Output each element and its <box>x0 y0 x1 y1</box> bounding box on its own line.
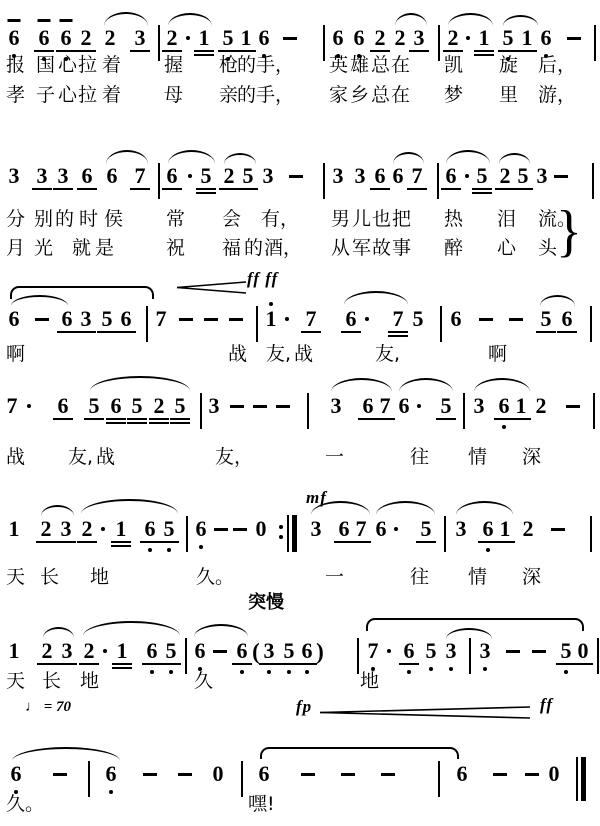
beam-underline <box>34 50 54 52</box>
slur-arc <box>90 376 190 391</box>
beam-underline <box>375 418 395 420</box>
slur-arc <box>41 505 74 516</box>
note-number: 6 <box>106 763 117 785</box>
beam-underline <box>399 663 419 665</box>
lyric-syllable: 着 <box>102 86 121 105</box>
note-number: 1 <box>9 518 20 540</box>
duration-dash <box>479 318 493 321</box>
beam-underline <box>162 188 182 190</box>
dynamic-mark-mf: mf <box>306 489 327 506</box>
barline <box>592 163 594 199</box>
barline <box>323 163 325 199</box>
lyric-syllable: 天 <box>6 568 25 587</box>
beam-underline <box>232 663 252 665</box>
duration-dash <box>493 773 507 776</box>
lyric-syllable: 战 <box>6 448 25 467</box>
augmentation-dot <box>27 404 31 408</box>
note-number: 5 <box>89 395 100 417</box>
lyric-syllable: 在 <box>391 86 410 105</box>
barline <box>590 516 592 552</box>
octave-dot-below <box>449 667 453 671</box>
lyric-syllable: 情 <box>468 448 487 467</box>
note-number: 0 <box>578 640 589 662</box>
final-barline-thick <box>581 757 586 801</box>
note-number: 7 <box>156 308 167 330</box>
duration-dash <box>214 528 228 531</box>
note-number: 7 <box>7 395 18 417</box>
lyric-syllable: 国 <box>36 56 55 75</box>
octave-dot-below <box>486 548 490 552</box>
note-number: 1 <box>9 640 20 662</box>
lyric-syllable: 游， <box>538 86 576 105</box>
beam-underline <box>495 541 515 543</box>
barline <box>241 761 243 797</box>
note-number: 6 <box>404 640 415 662</box>
duration-dash <box>289 175 303 178</box>
note-number: 6 <box>195 640 206 662</box>
note-number: 6 <box>333 27 344 49</box>
note-number: 5 <box>421 518 432 540</box>
lyric-syllable: 亲 <box>219 86 238 105</box>
note-number: 6 <box>111 395 122 417</box>
beam-underline <box>441 188 461 190</box>
lyric-syllable: 一 <box>325 448 344 467</box>
note-number: 3 <box>480 640 491 662</box>
lyric-syllable: 拉 <box>78 86 97 105</box>
slur-flat <box>260 747 459 759</box>
lyric-brace: } <box>556 203 582 260</box>
lyric-syllable: 故 <box>372 239 391 258</box>
lyric-syllable: 是 <box>95 239 114 258</box>
note-number: 2 <box>375 27 386 49</box>
beam-underline <box>161 663 181 665</box>
barline <box>444 516 446 552</box>
duration-dash <box>532 650 546 653</box>
note-number: 7 <box>412 165 423 187</box>
note-number: 5 <box>518 165 529 187</box>
beam-underline <box>474 50 494 52</box>
sheet-music-page: 666223215166622321516报国心拉着握枪的手，英雄总在凯旋后，孝… <box>0 0 600 826</box>
beam-underline <box>53 188 73 190</box>
lyric-syllable: 总 <box>371 56 390 75</box>
beam-underline <box>409 50 429 52</box>
note-number: 3 <box>414 27 425 49</box>
barline <box>594 25 596 61</box>
note-number: 6 <box>339 518 350 540</box>
repeat-dot <box>279 525 283 529</box>
note-number: 6 <box>499 395 510 417</box>
beam-underline <box>56 50 76 52</box>
beam-underline <box>53 418 73 420</box>
beam-underline <box>573 663 593 665</box>
octave-dot-below <box>429 667 433 671</box>
note-number: 6 <box>541 27 552 49</box>
note-number: 6 <box>11 763 22 785</box>
augmentation-dot <box>188 174 192 178</box>
note-number: 2 <box>105 27 116 49</box>
note-number: 5 <box>164 518 175 540</box>
note-number: 1 <box>522 27 533 49</box>
note-number: 2 <box>224 165 235 187</box>
crescendo-hairpin <box>177 281 246 294</box>
octave-dot-below <box>150 670 154 674</box>
octave-dot-below <box>148 548 152 552</box>
note-number: 6 <box>39 27 50 49</box>
note-number: 5 <box>477 165 488 187</box>
beam-underline <box>57 331 77 333</box>
lyric-syllable: 的 <box>244 239 263 258</box>
note-number: 6 <box>167 165 178 187</box>
note-number: 1 <box>516 395 527 417</box>
note-number: 1 <box>241 27 252 49</box>
lyric-syllable: 侯 <box>104 210 123 229</box>
note-number: 5 <box>166 640 177 662</box>
duration-dash <box>506 650 520 653</box>
parenthesis: ) <box>316 640 324 663</box>
lyric-syllable: 手， <box>256 86 294 105</box>
lyric-syllable: 友, <box>68 448 93 467</box>
note-number: 6 <box>399 395 410 417</box>
beam-underline <box>130 50 150 52</box>
duration-dash <box>253 405 267 408</box>
beam-underline <box>238 188 258 190</box>
augmentation-dot <box>466 36 470 40</box>
lyric-syllable: 醉 <box>444 239 463 258</box>
lyric-syllable: 友， <box>215 448 253 467</box>
dynamic-mark-fp: fp <box>296 698 312 715</box>
octave-dot-below <box>199 545 203 549</box>
beam-underline <box>170 418 190 420</box>
note-number: 5 <box>201 165 212 187</box>
slur-arc <box>83 621 180 636</box>
beam-underline <box>127 422 147 424</box>
note-number: 2 <box>448 27 459 49</box>
barline <box>438 25 440 61</box>
tempo-mark: ♩ = 70 <box>25 700 71 715</box>
lyric-syllable: 从 <box>331 239 350 258</box>
note-number: 3 <box>9 165 20 187</box>
lyric-syllable: 英 <box>329 56 348 75</box>
beam-underline <box>351 541 371 543</box>
beam-underline <box>84 418 104 420</box>
note-number: 6 <box>446 165 457 187</box>
augmentation-dot <box>417 404 421 408</box>
slur-arc <box>168 150 215 164</box>
note-number: 6 <box>58 395 69 417</box>
slur-arc <box>499 153 530 164</box>
beam-underline <box>162 50 182 52</box>
beam-underline <box>436 418 456 420</box>
lyric-syllable: 久。 <box>196 568 234 587</box>
beam-underline <box>511 418 531 420</box>
beam-underline <box>236 50 256 52</box>
lyric-syllable: 在 <box>391 56 410 75</box>
note-number: 3 <box>61 518 72 540</box>
barline <box>469 638 471 674</box>
lyric-syllable: 雄 <box>350 56 369 75</box>
note-number: 0 <box>256 518 267 540</box>
note-number: 5 <box>413 308 424 330</box>
beam-underline <box>97 331 117 333</box>
note-number: 3 <box>209 395 220 417</box>
slur-arc <box>331 378 392 392</box>
beam-underline <box>416 541 436 543</box>
duration-dash <box>204 318 218 321</box>
tempo-change-mark: 突慢 <box>248 594 284 612</box>
note-number: 1 <box>199 27 210 49</box>
lyric-syllable: 分 <box>6 210 25 229</box>
note-number: 6 <box>147 640 158 662</box>
slur-arc <box>12 747 120 761</box>
beam-underline <box>517 50 537 52</box>
note-number: 5 <box>243 165 254 187</box>
beam-underline <box>536 331 556 333</box>
slur-arc <box>344 291 408 305</box>
barline <box>438 761 440 797</box>
lyric-syllable: 的 <box>237 86 256 105</box>
barline <box>437 163 439 199</box>
note-number: 1 <box>479 27 490 49</box>
lyric-syllable: 凯 <box>444 56 463 75</box>
note-number: 1 <box>116 518 127 540</box>
lyric-syllable: 地 <box>90 568 109 587</box>
beam-underline <box>407 188 427 190</box>
note-number: 7 <box>393 308 404 330</box>
note-number: 6 <box>9 308 20 330</box>
note-number: 3 <box>446 640 457 662</box>
note-number: 3 <box>62 640 73 662</box>
beam-underline <box>388 335 408 337</box>
note-number: 5 <box>541 308 552 330</box>
note-number: 6 <box>9 27 20 49</box>
octave-dot-below <box>109 790 113 794</box>
note-number: 6 <box>483 518 494 540</box>
beam-underline <box>111 545 131 547</box>
lyric-syllable: 会 <box>222 210 241 229</box>
note-number: 1 <box>500 518 511 540</box>
beam-underline <box>341 331 361 333</box>
beam-underline <box>111 541 131 543</box>
beam-underline <box>370 188 390 190</box>
beam-underline <box>301 331 321 333</box>
overline-mark <box>38 19 51 22</box>
duration-dash <box>509 318 523 321</box>
note-number: 6 <box>451 308 462 330</box>
lyric-syllable: 别 <box>34 210 53 229</box>
note-number: 3 <box>355 165 366 187</box>
lyric-syllable: 儿 <box>352 210 371 229</box>
beam-underline <box>142 663 162 665</box>
note-number: 3 <box>135 27 146 49</box>
note-number: 3 <box>474 395 485 417</box>
beam-underline <box>297 663 317 665</box>
slur-arc <box>395 13 427 26</box>
lyric-syllable: 友, <box>375 345 400 364</box>
note-number: 2 <box>395 27 406 49</box>
note-number: 6 <box>237 640 248 662</box>
beam-underline <box>37 663 57 665</box>
lyric-syllable: 后， <box>538 56 576 75</box>
barline <box>323 25 325 61</box>
duration-dash <box>143 773 157 776</box>
note-number: 3 <box>58 165 69 187</box>
lyric-syllable: 也 <box>372 210 391 229</box>
beam-underline <box>159 541 179 543</box>
barline <box>88 761 90 797</box>
lyric-syllable: 事 <box>392 239 411 258</box>
lyric-syllable: 祝 <box>166 239 185 258</box>
octave-dot-below <box>305 670 309 674</box>
note-number: 5 <box>426 640 437 662</box>
note-number: 3 <box>81 308 92 330</box>
note-number: 2 <box>82 518 93 540</box>
lyric-syllable: 啊 <box>6 345 25 364</box>
note-number: 6 <box>562 308 573 330</box>
beam-underline <box>388 331 408 333</box>
note-number: 3 <box>333 165 344 187</box>
lyric-syllable: 总 <box>371 86 390 105</box>
duration-dash <box>567 37 581 40</box>
octave-dot-below <box>483 667 487 671</box>
slur-arc <box>168 13 212 26</box>
lyric-syllable: 头 <box>538 239 557 258</box>
duration-dash <box>525 773 539 776</box>
slur-arc <box>446 150 490 164</box>
beam-underline <box>513 188 533 190</box>
lyric-syllable: 握 <box>164 56 183 75</box>
lyric-syllable: 酒， <box>264 239 302 258</box>
note-number: 6 <box>107 165 118 187</box>
note-number: 6 <box>121 308 132 330</box>
duration-dash <box>566 405 580 408</box>
beam-underline <box>498 50 518 52</box>
lyric-syllable: 一 <box>325 568 344 587</box>
duration-dash <box>35 318 49 321</box>
note-number: 2 <box>536 395 547 417</box>
lyric-syllable: 里 <box>499 86 518 105</box>
note-number: 6 <box>302 640 313 662</box>
lyric-syllable: 报 <box>6 56 25 75</box>
beam-underline <box>196 188 216 190</box>
note-number: 5 <box>102 308 113 330</box>
note-number: 3 <box>331 395 342 417</box>
lyric-syllable: 地 <box>360 672 379 691</box>
repeat-barline-thick <box>292 515 297 552</box>
beam-underline <box>130 188 150 190</box>
slur-arc <box>376 501 435 515</box>
barline <box>307 393 309 429</box>
lyric-syllable: 热 <box>444 210 463 229</box>
beam-underline <box>112 667 132 669</box>
note-number: 2 <box>42 640 53 662</box>
lyric-syllable: 久。 <box>6 795 44 814</box>
augmentation-dot <box>186 36 190 40</box>
note-number: 3 <box>456 518 467 540</box>
note-number: 2 <box>167 27 178 49</box>
augmentation-dot <box>285 317 289 321</box>
lyric-syllable: 枪 <box>219 56 238 75</box>
duration-dash <box>551 528 565 531</box>
lyric-syllable: 乡 <box>350 86 369 105</box>
overline-mark <box>8 19 21 22</box>
slur-arc <box>106 150 148 164</box>
beam-underline <box>32 188 52 190</box>
note-number: 6 <box>376 518 387 540</box>
duration-dash <box>53 773 67 776</box>
note-number: 6 <box>259 763 270 785</box>
beam-underline <box>194 54 214 56</box>
beam-underline <box>194 50 214 52</box>
lyric-syllable: 天 <box>6 672 25 691</box>
duration-dash <box>381 773 395 776</box>
note-number: 6 <box>82 165 93 187</box>
lyric-syllable: 心 <box>58 56 77 75</box>
barline <box>357 638 359 674</box>
lyric-syllable: 深 <box>522 568 541 587</box>
lyric-syllable: 长 <box>40 568 59 587</box>
barline <box>597 638 599 674</box>
duration-dash <box>341 773 355 776</box>
lyric-syllable: 梦 <box>444 86 463 105</box>
lyric-syllable: 军 <box>352 239 371 258</box>
note-number: 6 <box>62 308 73 330</box>
note-number: 7 <box>306 308 317 330</box>
note-number: 6 <box>346 308 357 330</box>
note-number: 6 <box>375 165 386 187</box>
slur-arc <box>448 13 493 26</box>
beam-underline <box>196 192 216 194</box>
beam-underline <box>76 331 96 333</box>
barline <box>186 516 188 552</box>
barline <box>590 306 592 342</box>
lyric-syllable: 地 <box>80 672 99 691</box>
beam-underline <box>218 50 238 52</box>
beam-underline <box>127 418 147 420</box>
beam-underline <box>259 663 279 665</box>
note-number: 6 <box>457 763 468 785</box>
octave-dot-below <box>564 670 568 674</box>
barline <box>463 393 465 429</box>
note-number: 7 <box>356 518 367 540</box>
slur-arc <box>540 295 575 306</box>
lyric-syllable: 战 <box>228 345 247 364</box>
octave-dot-below <box>407 670 411 674</box>
lyric-syllable: 战 <box>96 448 115 467</box>
duration-dash <box>178 773 192 776</box>
lyric-syllable: 拉 <box>78 56 97 75</box>
note-number: 5 <box>441 395 452 417</box>
beam-underline <box>57 663 77 665</box>
lyric-syllable: 泪 <box>497 210 516 229</box>
beam-underline <box>36 541 56 543</box>
lyric-syllable: 孝 <box>6 86 25 105</box>
barline <box>146 306 148 342</box>
note-number: 7 <box>380 395 391 417</box>
octave-dot-above <box>269 302 273 306</box>
beam-underline <box>279 663 299 665</box>
lyric-syllable: 的 <box>55 210 74 229</box>
note-number: 3 <box>311 518 322 540</box>
augmentation-dot <box>465 174 469 178</box>
barline <box>256 306 258 342</box>
note-number: 0 <box>213 763 224 785</box>
note-number: 2 <box>41 518 52 540</box>
beam-underline <box>79 663 99 665</box>
note-number: 6 <box>145 518 156 540</box>
note-number: 2 <box>500 165 511 187</box>
note-number: 2 <box>154 395 165 417</box>
barline <box>440 306 442 342</box>
